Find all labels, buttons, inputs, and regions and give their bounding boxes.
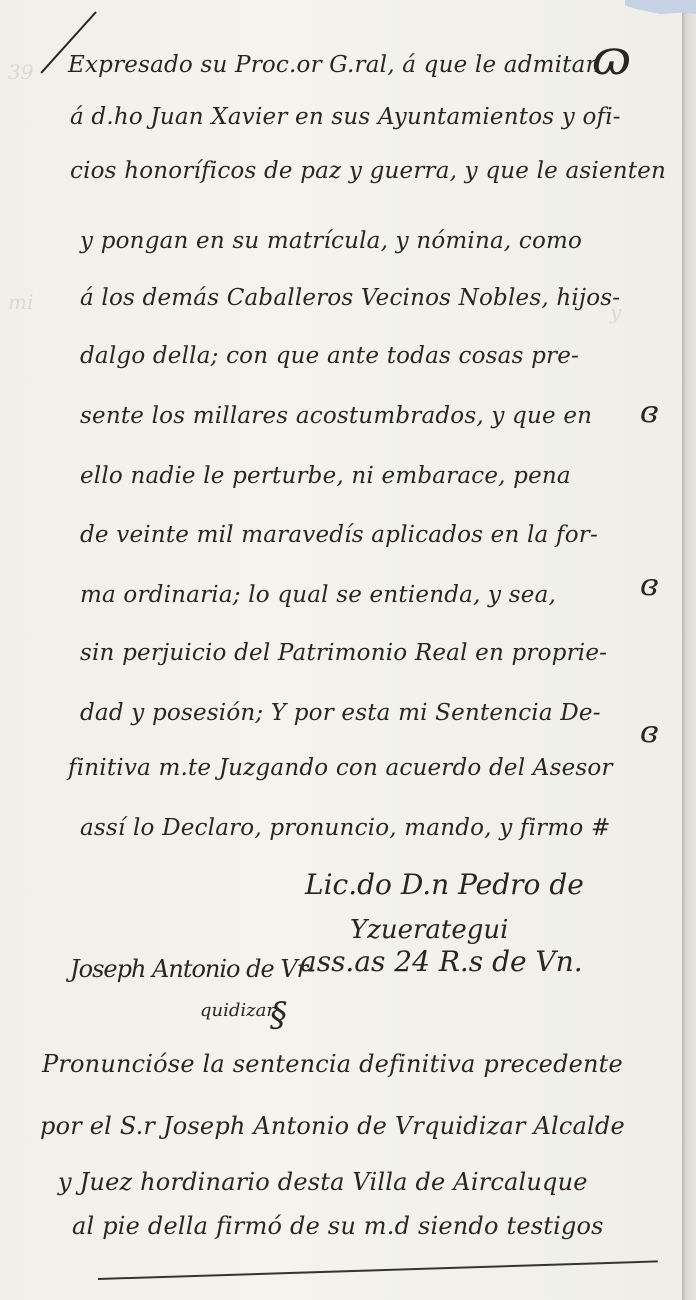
manuscript-line: sin perjuicio del Patrimonio Real en pro… [80,640,607,666]
pronouncement-line: y Juez hordinario desta Villa de Aircalu… [58,1168,588,1196]
bleed-through-mark: mi [8,290,33,314]
manuscript-line: y pongan en su matrícula, y nómina, como [80,228,582,254]
flourish-swirl-icon: ɞ [640,715,658,750]
signature-rubric-icon: § [270,995,287,1035]
manuscript-line: ello nadie le perturbe, ni embarace, pen… [80,463,571,489]
fee-annotation: ass.as 24 R.s de Vn. [300,945,583,978]
manuscript-line: ma ordinaria; lo qual se entienda, y sea… [80,582,556,608]
manuscript-line: á los demás Caballeros Vecinos Nobles, h… [80,285,620,311]
manuscript-line: sente los millares acostumbrados, y que … [80,403,592,429]
assessor-signature-line1: Lic.do D.n Pedro de [305,868,584,901]
manuscript-line: assí lo Declaro, pronuncio, mando, y fir… [80,815,610,841]
manuscript-line: dalgo della; con que ante todas cosas pr… [80,343,579,369]
judge-signature: Joseph Antonio de Vr- [70,955,314,983]
flourish-swirl-icon: ɞ [640,395,658,430]
page-binding-edge [682,0,696,1300]
manuscript-line: á d.ho Juan Xavier en sus Ayuntamientos … [70,104,621,130]
flourish-swirl-icon: ɷ [592,30,631,86]
judge-signature-cont: quidizar [200,1000,275,1021]
manuscript-line: cios honoríficos de paz y guerra, y que … [70,158,666,184]
pronouncement-line: por el S.r Joseph Antonio de Vrquidizar … [40,1112,625,1140]
manuscript-line: de veinte mil maravedís aplicados en la … [80,522,598,548]
pronouncement-line: Pronuncióse la sentencia definitiva prec… [42,1050,623,1078]
pronouncement-line: al pie della firmó de su m.d siendo test… [72,1212,604,1240]
closing-rule-line [98,1260,658,1280]
manuscript-line: Expresado su Proc.or G.ral, á que le adm… [68,52,601,78]
assessor-signature-line2: Yzuerategui [350,915,508,945]
bleed-through-mark: 39 [8,60,33,84]
manuscript-line: dad y posesión; Y por esta mi Sentencia … [80,700,601,726]
manuscript-line: finitiva m.te Juzgando con acuerdo del A… [68,755,613,781]
manuscript-page: 39 mi y Expresado su Proc.or G.ral, á qu… [0,0,682,1300]
flourish-swirl-icon: ɞ [640,568,658,603]
